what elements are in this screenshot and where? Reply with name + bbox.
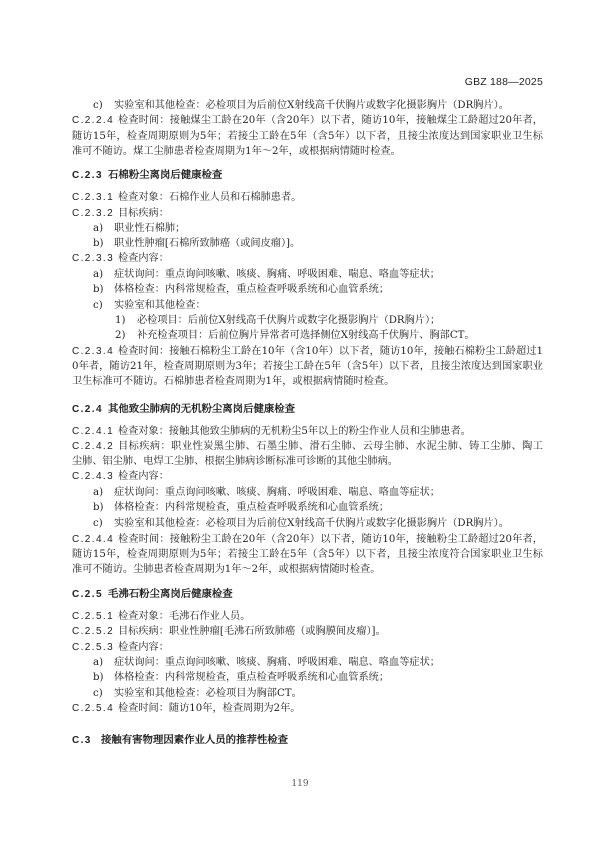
clause-line: C.2.5.2目标疾病：职业性肿瘤[毛沸石所致肺癌（或胸膜间皮瘤）]。 [72, 624, 543, 639]
clause-line: C.2.4.2目标疾病：职业性炭黑尘肺、石墨尘肺、滑石尘肺、云母尘肺、水泥尘肺、… [72, 439, 543, 454]
line-text: 卫生标准可不随访。石棉肺患者检查周期为1年，或根据病情随时检查。 [72, 376, 394, 387]
clause-number: C.2.2.4 [72, 113, 118, 128]
list-marker: b) [93, 282, 114, 297]
list-marker: c) [93, 516, 114, 531]
line-text: 实验室和其他检查： [114, 300, 206, 311]
line-text: 职业性石棉肺； [114, 223, 185, 234]
paragraph-continuation: 随访15年，检查周期原则为5年；若接尘工龄在5年（含5年）以下者，且接尘浓度符合… [72, 547, 543, 562]
clause-number: C.2.5.1 [72, 609, 118, 624]
section-heading: C.2.5毛沸石粉尘离岗后健康检查 [72, 587, 543, 602]
line-text: 检查时间：接触粉尘工龄在20年（含20年）以下者，随访10年，接触粉尘工龄超过2… [118, 532, 543, 547]
paragraph-continuation: 准可不随访。煤工尘肺患者检查周期为1年～2年，或根据病情随时检查。 [72, 144, 543, 159]
clause-number: C.2.5.4 [72, 701, 118, 716]
line-text: 检查时间：接触石棉粉尘工龄在10年（含10年）以下者，随访10年，接触石棉粉尘工… [118, 344, 543, 359]
line-text: 准可不随访。煤工尘肺患者检查周期为1年～2年，或根据病情随时检查。 [72, 146, 401, 157]
line-text: 检查内容： [118, 471, 169, 482]
document-page: GBZ 188—2025 c)实验室和其他检查：必检项目为后前位X射线高千伏胸片… [0, 0, 600, 848]
line-text: 检查对象：石棉作业人员和石棉肺患者。 [118, 192, 301, 203]
list-item: b)体格检查：内科常规检查，重点检查呼吸系统和心血管系统； [93, 670, 543, 685]
paragraph-continuation: 卫生标准可不随访。石棉肺患者检查周期为1年，或根据病情随时检查。 [72, 374, 543, 389]
line-text: 接触有害物理因素作业人员的推荐性检查 [101, 734, 288, 746]
line-text: 必检项目：后前位X射线高千伏胸片或数字化摄影胸片（DR胸片）； [137, 315, 440, 326]
line-text: 其他致尘肺病的无机粉尘离岗后健康检查 [108, 403, 295, 415]
sub-list-item: 1)必检项目：后前位X射线高千伏胸片或数字化摄影胸片（DR胸片）； [115, 313, 543, 328]
line-text: 石棉粉尘离岗后健康检查 [108, 169, 222, 181]
list-item: a)症状询问：重点询问咳嗽、咳痰、胸痛、呼吸困难、喘息、咯血等症状； [93, 267, 543, 282]
line-text: 实验室和其他检查：必检项目为胸部CT。 [114, 688, 302, 699]
list-marker: a) [93, 221, 114, 236]
clause-number: C.2.4.1 [72, 424, 118, 439]
list-item: a)症状询问：重点询问咳嗽、咳痰、胸痛、呼吸困难、喘息、咯血等症状； [93, 655, 543, 670]
line-text: 目标疾病： [118, 208, 169, 219]
clause-line: C.2.4.3检查内容： [72, 469, 543, 484]
line-text: 检查对象：接触其他致尘肺病的无机粉尘5年以上的粉尘作业人员和尘肺患者。 [118, 426, 471, 437]
line-text: 0年者，随访21年，检查周期原则为3年；若接尘工龄在5年（含5年）以下者，且接尘… [72, 359, 543, 374]
clause-line: C.2.3.4检查时间：接触石棉粉尘工龄在10年（含10年）以下者，随访10年，… [72, 344, 543, 359]
list-item: c)实验室和其他检查：必检项目为后前位X射线高千伏胸片或数字化摄影胸片（DR胸片… [93, 516, 543, 531]
sub-list-item: 2)补充检查项目：后前位胸片异常者可选择侧位X射线高千伏胸片、胸部CT。 [115, 328, 543, 343]
clause-line: C.2.2.4检查时间：接触煤尘工龄在20年（含20年）以下者，随访10年，接触… [72, 113, 543, 128]
list-item: b)体格检查：内科常规检查，重点检查呼吸系统和心血管系统； [93, 500, 543, 515]
clause-line: C.2.5.3检查内容： [72, 640, 543, 655]
clause-line: C.2.3.1检查对象：石棉作业人员和石棉肺患者。 [72, 190, 543, 205]
line-text: 检查时间：接触煤尘工龄在20年（含20年）以下者，随访10年，接触煤尘工龄超过2… [118, 113, 543, 128]
line-text: 尘肺、铝尘肺、电焊工尘肺、根据尘肺病诊断标准可诊断的其他尘肺病。 [72, 456, 398, 467]
line-text: 毛沸石粉尘离岗后健康检查 [108, 588, 233, 600]
section-heading: C.3接触有害物理因素作业人员的推荐性检查 [72, 733, 543, 748]
paragraph-continuation: 尘肺、铝尘肺、电焊工尘肺、根据尘肺病诊断标准可诊断的其他尘肺病。 [72, 454, 543, 469]
page-number: 119 [0, 779, 600, 789]
section-heading: C.2.4其他致尘肺病的无机粉尘离岗后健康检查 [72, 402, 543, 417]
section-number: C.3 [72, 733, 101, 748]
clause-number: C.2.4.4 [72, 532, 118, 547]
line-text: 体格检查：内科常规检查，重点检查呼吸系统和心血管系统； [114, 284, 389, 295]
paragraph-continuation: 随访15年，检查周期原则为5年；若接尘工龄在5年（含5年）以下者，且接尘浓度达到… [72, 129, 543, 144]
list-marker: b) [93, 236, 114, 251]
list-item: a)症状询问：重点询问咳嗽、咳痰、胸痛、呼吸困难、喘息、咯血等症状； [93, 485, 543, 500]
clause-number: C.2.3.4 [72, 344, 118, 359]
list-marker: c) [93, 686, 114, 701]
list-item: a)职业性石棉肺； [93, 221, 543, 236]
document-code: GBZ 188—2025 [465, 76, 543, 88]
list-marker: c) [93, 298, 114, 313]
line-text: 目标疾病：职业性肿瘤[毛沸石所致肺癌（或胸膜间皮瘤）]。 [118, 626, 386, 637]
list-marker: 2) [115, 328, 137, 343]
line-text: 补充检查项目：后前位胸片异常者可选择侧位X射线高千伏胸片、胸部CT。 [137, 330, 475, 341]
line-text: 症状询问：重点询问咳嗽、咳痰、胸痛、呼吸困难、喘息、咯血等症状； [114, 487, 440, 498]
clause-number: C.2.4.2 [72, 439, 118, 454]
paragraph-continuation: 0年者，随访21年，检查周期原则为3年；若接尘工龄在5年（含5年）以下者，且接尘… [72, 359, 543, 374]
list-item: c)实验室和其他检查： [93, 298, 543, 313]
clause-number: C.2.3.2 [72, 206, 118, 221]
list-marker: 1) [115, 313, 137, 328]
clause-number: C.2.3.3 [72, 251, 118, 266]
clause-line: C.2.3.3检查内容： [72, 251, 543, 266]
clause-line: C.2.5.1检查对象：毛沸石作业人员。 [72, 609, 543, 624]
line-text: 随访15年，检查周期原则为5年；若接尘工龄在5年（含5年）以下者，且接尘浓度符合… [72, 547, 543, 562]
line-text: 检查内容： [118, 642, 169, 653]
list-marker: a) [93, 485, 114, 500]
clause-number: C.2.5.2 [72, 624, 118, 639]
clause-line: C.2.3.2目标疾病： [72, 206, 543, 221]
line-text: 实验室和其他检查：必检项目为后前位X射线高千伏胸片或数字化摄影胸片（DR胸片）。 [114, 518, 509, 529]
paragraph-continuation: 准可不随访。尘肺患者检查周期为1年～2年，或根据病情随时检查。 [72, 562, 543, 577]
line-text: 体格检查：内科常规检查，重点检查呼吸系统和心血管系统； [114, 502, 389, 513]
line-text: 检查时间：随访10年，检查周期为2年。 [118, 703, 300, 714]
clause-number: C.2.3.1 [72, 190, 118, 205]
list-marker: b) [93, 500, 114, 515]
line-text: 检查内容： [118, 253, 169, 264]
section-number: C.2.3 [72, 168, 108, 183]
list-marker: b) [93, 670, 114, 685]
line-text: 症状询问：重点询问咳嗽、咳痰、胸痛、呼吸困难、喘息、咯血等症状； [114, 269, 440, 280]
list-item: b)职业性肿瘤[石棉所致肺癌（或间皮瘤）]。 [93, 236, 543, 251]
clause-number: C.2.4.3 [72, 469, 118, 484]
list-marker: a) [93, 655, 114, 670]
clause-line: C.2.5.4检查时间：随访10年，检查周期为2年。 [72, 701, 543, 716]
line-text: 检查对象：毛沸石作业人员。 [118, 611, 250, 622]
section-number: C.2.5 [72, 587, 108, 602]
line-text: 随访15年，检查周期原则为5年；若接尘工龄在5年（含5年）以下者，且接尘浓度达到… [72, 129, 543, 144]
line-text: 体格检查：内科常规检查，重点检查呼吸系统和心血管系统； [114, 672, 389, 683]
clause-number: C.2.5.3 [72, 640, 118, 655]
line-text: 职业性肿瘤[石棉所致肺癌（或间皮瘤）]。 [114, 238, 300, 249]
line-text: 目标疾病：职业性炭黑尘肺、石墨尘肺、滑石尘肺、云母尘肺、水泥尘肺、铸工尘肺、陶工 [118, 439, 543, 454]
clause-line: C.2.4.4检查时间：接触粉尘工龄在20年（含20年）以下者，随访10年，接触… [72, 532, 543, 547]
line-text: 症状询问：重点询问咳嗽、咳痰、胸痛、呼吸困难、喘息、咯血等症状； [114, 657, 440, 668]
list-item: c)实验室和其他检查：必检项目为胸部CT。 [93, 686, 543, 701]
list-marker: a) [93, 267, 114, 282]
list-marker: c) [93, 98, 114, 113]
line-text: 实验室和其他检查：必检项目为后前位X射线高千伏胸片或数字化摄影胸片（DR胸片）。 [114, 100, 509, 111]
list-item: c)实验室和其他检查：必检项目为后前位X射线高千伏胸片或数字化摄影胸片（DR胸片… [93, 98, 543, 113]
line-text: 准可不随访。尘肺患者检查周期为1年～2年，或根据病情随时检查。 [72, 564, 380, 575]
list-item: b)体格检查：内科常规检查，重点检查呼吸系统和心血管系统； [93, 282, 543, 297]
section-heading: C.2.3石棉粉尘离岗后健康检查 [72, 168, 543, 183]
clause-line: C.2.4.1检查对象：接触其他致尘肺病的无机粉尘5年以上的粉尘作业人员和尘肺患… [72, 424, 543, 439]
section-number: C.2.4 [72, 402, 108, 417]
